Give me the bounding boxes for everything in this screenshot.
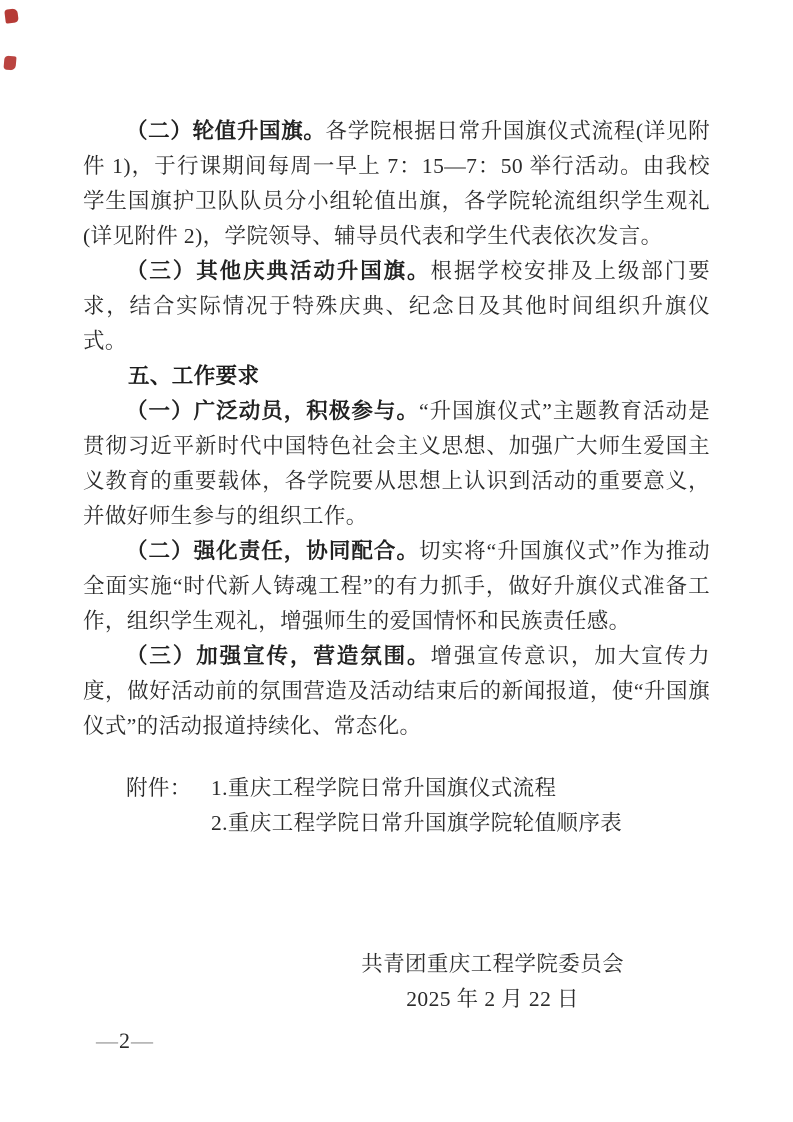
attachments-label: 附件： — [126, 771, 211, 806]
document-page: （二）轮值升国旗。各学院根据日常升国旗仪式流程(详见附件 1)，于行课期间每周一… — [0, 0, 793, 1122]
page-number-dash: — — [96, 1028, 118, 1053]
paragraph-lead: （一）广泛动员，积极参与。 — [126, 399, 419, 423]
paragraph-lead: （二）轮值升国旗。 — [126, 119, 326, 143]
paragraph: （三）加强宣传，营造氛围。增强宣传意识，加大宣传力度，做好活动前的氛围营造及活动… — [83, 639, 710, 744]
attachment-item: 1.重庆工程学院日常升国旗仪式流程 — [211, 771, 556, 806]
attachment-item: 2.重庆工程学院日常升国旗学院轮值顺序表 — [211, 806, 622, 841]
paragraph: （二）轮值升国旗。各学院根据日常升国旗仪式流程(详见附件 1)，于行课期间每周一… — [83, 114, 710, 254]
signature-block: 共青团重庆工程学院委员会 2025 年 2 月 22 日 — [361, 947, 624, 1017]
paragraph-lead: （二）强化责任，协同配合。 — [126, 539, 419, 563]
paragraph-lead: （三）加强宣传，营造氛围。 — [126, 644, 430, 668]
page-number-value: 2 — [118, 1028, 131, 1053]
paragraph: （三）其他庆典活动升国旗。根据学校安排及上级部门要求，结合实际情况于特殊庆典、纪… — [83, 254, 710, 359]
red-scan-mark — [3, 56, 16, 71]
page-number: —2— — [96, 1023, 153, 1058]
paragraph: （一）广泛动员，积极参与。“升国旗仪式”主题教育活动是贯彻习近平新时代中国特色社… — [83, 394, 710, 534]
paragraph-lead: （三）其他庆典活动升国旗。 — [126, 259, 430, 283]
signature-organization: 共青团重庆工程学院委员会 — [361, 947, 624, 982]
attachments-block: 附件： 1.重庆工程学院日常升国旗仪式流程 2.重庆工程学院日常升国旗学院轮值顺… — [126, 771, 710, 841]
document-body: （二）轮值升国旗。各学院根据日常升国旗仪式流程(详见附件 1)，于行课期间每周一… — [83, 114, 710, 1017]
section-heading: 五、工作要求 — [83, 359, 710, 394]
signature-date: 2025 年 2 月 22 日 — [361, 982, 624, 1017]
attachment-row: 附件： 1.重庆工程学院日常升国旗仪式流程 — [126, 771, 710, 806]
red-scan-mark — [4, 8, 19, 23]
page-number-dash: — — [131, 1028, 153, 1053]
paragraph: （二）强化责任，协同配合。切实将“升国旗仪式”作为推动全面实施“时代新人铸魂工程… — [83, 534, 710, 639]
attachment-row: 2.重庆工程学院日常升国旗学院轮值顺序表 — [126, 806, 710, 841]
